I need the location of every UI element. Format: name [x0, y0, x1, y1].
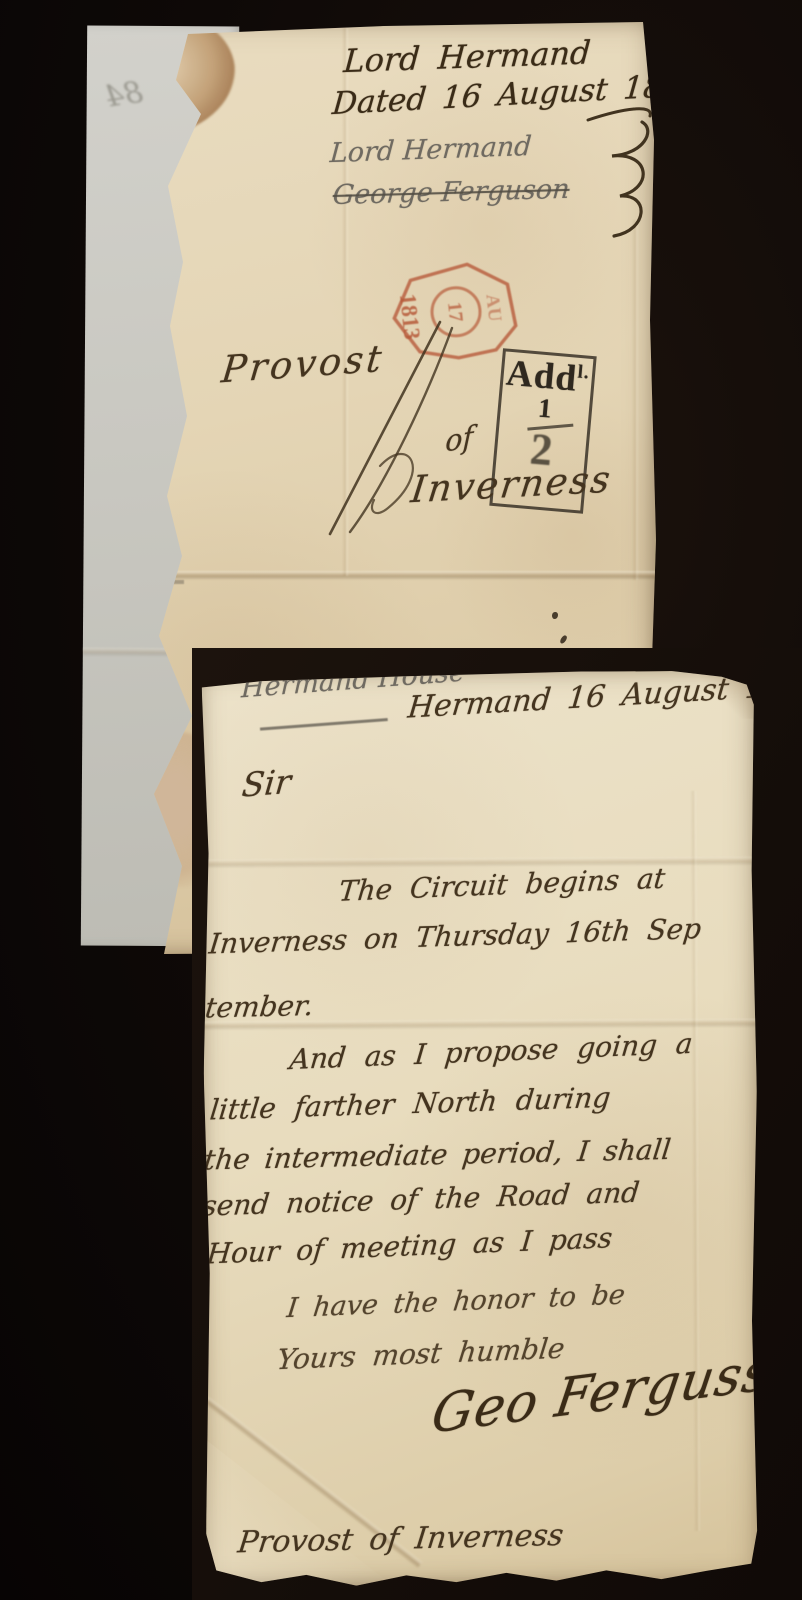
address-line-of: of — [445, 419, 474, 459]
addl-numerator: 1 — [537, 398, 552, 419]
letter-docket-bottom: Provost of Inverness — [236, 1518, 565, 1560]
body-line: And as I propose going a — [288, 1027, 694, 1076]
pen-flourish-squiggle — [584, 102, 656, 252]
docket-writer-pencil: George Ferguson — [332, 174, 571, 211]
body-line: tember. — [203, 989, 315, 1025]
body-line: the intermediate period, I shall — [202, 1133, 673, 1177]
ink-speck — [559, 634, 568, 644]
body-line: The Circuit begins at — [337, 862, 666, 908]
letter-paper: Hermand House Hermand 16 August 1813 Sir… — [202, 671, 763, 1590]
body-line: Hour of meeting as I pass — [205, 1221, 614, 1270]
leaf-vertical-crease-right — [632, 220, 639, 580]
photo-composite: 84 Lord Hermand Dated 16 August 1813 Lor… — [0, 0, 802, 1600]
salutation: Sir — [240, 762, 293, 805]
stamp-month: AU — [481, 293, 505, 323]
bottom-corner-fold — [206, 1438, 397, 1589]
closing-line: Yours most humble — [275, 1332, 566, 1377]
body-line: send notice of the Road and — [201, 1176, 641, 1223]
closing-line: I have the honor to be — [285, 1279, 626, 1324]
addl-superscript: l. — [577, 362, 591, 384]
docket-name: Lord Hermand — [342, 33, 592, 80]
letter-crease-upper — [203, 857, 759, 869]
docket-name-pencil: Lord Hermand — [329, 131, 533, 169]
show-through-numerals: 84 — [102, 75, 145, 115]
pencil-underline — [260, 718, 388, 731]
letter-crease-vertical — [690, 791, 701, 1531]
body-line: little farther North during — [208, 1081, 612, 1127]
body-line: Inverness on Thursday 16th Sep — [207, 912, 703, 961]
ink-speck — [552, 612, 558, 619]
letter-photo: Hermand House Hermand 16 August 1813 Sir… — [192, 648, 802, 1600]
